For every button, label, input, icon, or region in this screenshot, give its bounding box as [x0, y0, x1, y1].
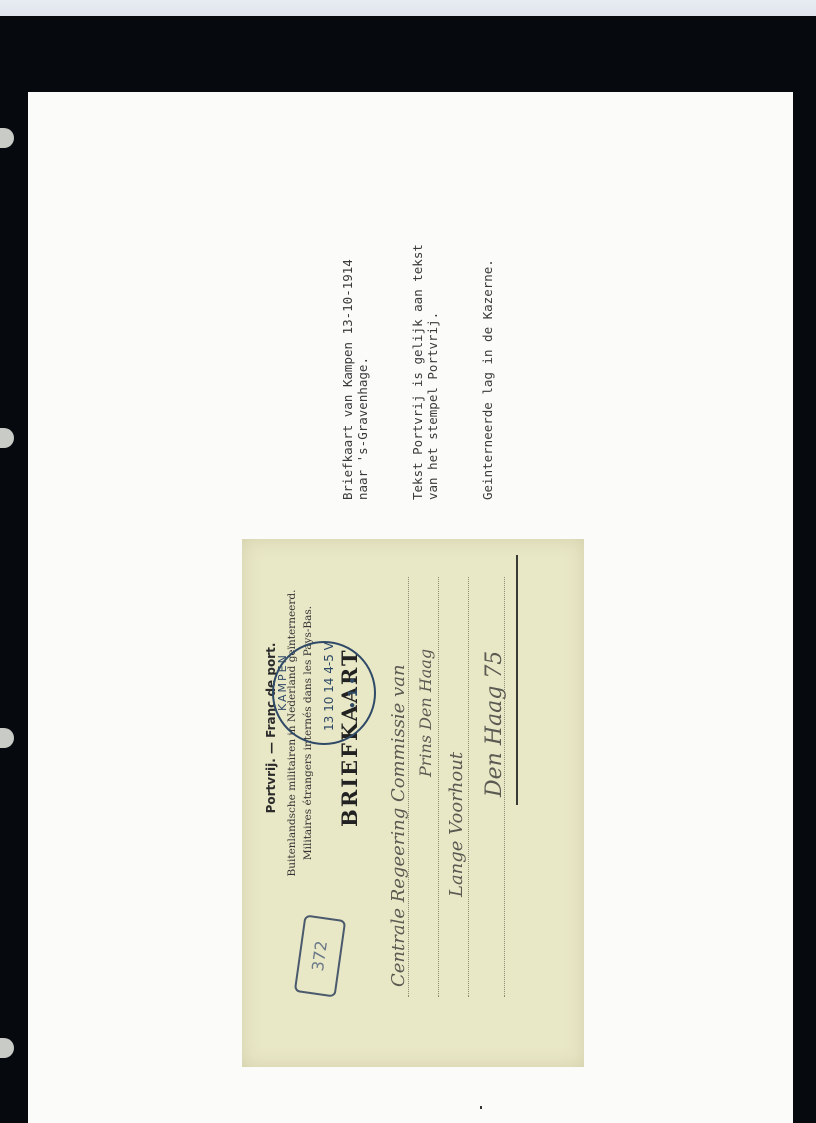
scanner-top-edge	[0, 0, 816, 16]
postmark-date: 13 10 14 4-5 V	[322, 642, 336, 731]
address-line	[468, 577, 469, 997]
postmark-number: • 1 •	[346, 677, 360, 709]
binder-hole	[0, 728, 14, 748]
binder-hole	[0, 128, 14, 148]
handwritten-address-1: Centrale Regeering Commissie van	[388, 664, 409, 987]
handwritten-address-4: Den Haag 75	[482, 651, 507, 797]
handwritten-address-2: Prins Den Haag	[416, 649, 435, 777]
note-2: Tekst Portvrij is gelijk aan tekst van h…	[410, 170, 440, 500]
handwritten-address-3: Lange Voorhout	[446, 752, 467, 897]
note-3: Geinterneerde lag in de Kazerne.	[480, 170, 495, 500]
postcard: Portvrij. — Franc de port. Buitenlandsch…	[242, 539, 584, 1067]
address-line	[438, 577, 439, 997]
note-1: Briefkaart van Kampen 13-10-1914 naar 's…	[340, 170, 370, 500]
address-underline	[516, 555, 518, 805]
binder-hole	[0, 1038, 14, 1058]
binder-hole	[0, 428, 14, 448]
postmark-town: KAMPEN	[276, 653, 289, 711]
album-notes: Briefkaart van Kampen 13-10-1914 naar 's…	[310, 170, 520, 500]
postcard-content: Portvrij. — Franc de port. Buitenlandsch…	[242, 539, 584, 1067]
scan-speck	[480, 1106, 482, 1109]
postcard-header: Portvrij. — Franc de port.	[264, 539, 278, 1067]
